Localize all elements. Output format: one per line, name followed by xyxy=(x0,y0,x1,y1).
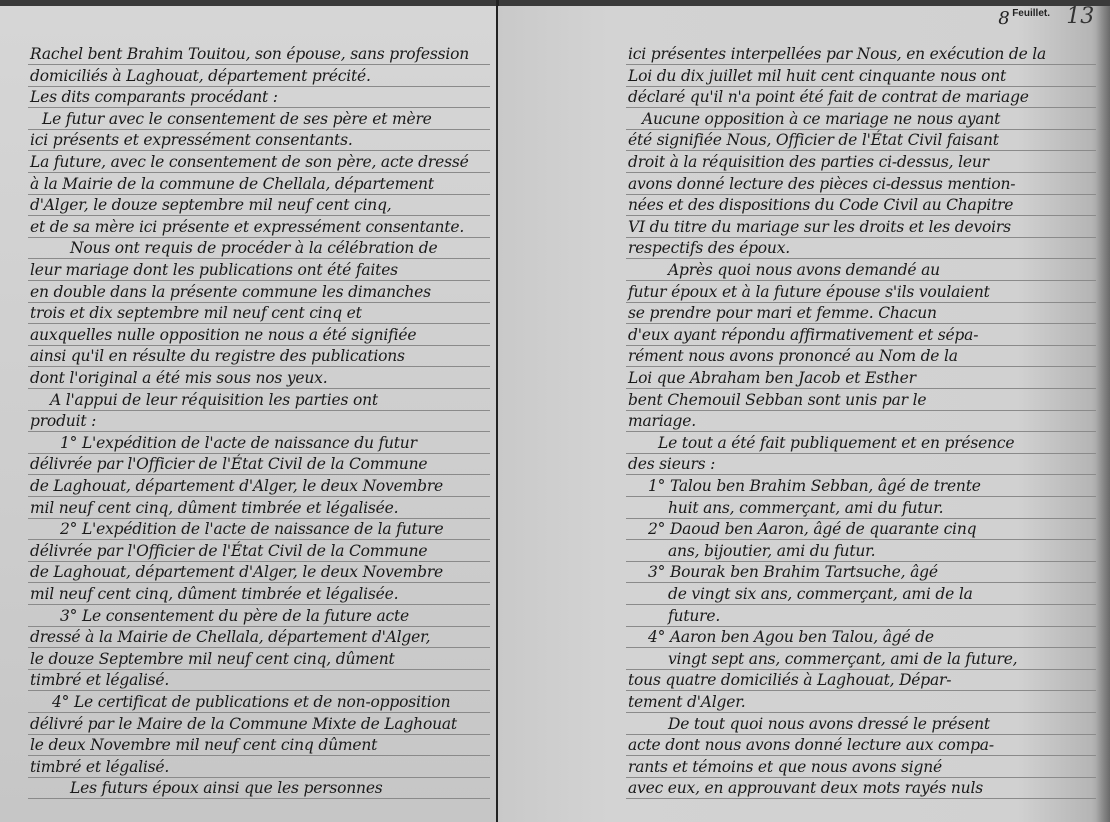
ruled-line xyxy=(626,150,1096,151)
ruled-line xyxy=(28,280,490,281)
ruled-line xyxy=(28,410,490,411)
ruled-line xyxy=(28,518,490,519)
register-spread: Rachel bent Brahim Touitou, son épouse, … xyxy=(0,0,1110,822)
handwritten-line: en double dans la présente commune les d… xyxy=(30,283,431,301)
ruled-line xyxy=(626,86,1096,87)
ruled-line xyxy=(28,582,490,583)
ruled-line xyxy=(626,626,1096,627)
ruled-line xyxy=(28,712,490,713)
handwritten-line: nées et des dispositions du Code Civil a… xyxy=(628,196,1013,214)
handwritten-line: respectifs des époux. xyxy=(628,239,790,257)
handwritten-line: Le tout a été fait publiquement et en pr… xyxy=(658,434,1014,452)
handwritten-line: d'Alger, le douze septembre mil neuf cen… xyxy=(30,196,392,214)
ruled-line xyxy=(28,798,490,799)
handwritten-line: Après quoi nous avons demandé au xyxy=(668,261,940,279)
handwritten-line: de vingt six ans, commerçant, ami de la xyxy=(668,585,973,603)
handwritten-line: de Laghouat, département d'Alger, le deu… xyxy=(30,563,443,581)
ruled-line xyxy=(626,798,1096,799)
ruled-line xyxy=(28,194,490,195)
handwritten-line: d'eux ayant répondu affirmativement et s… xyxy=(628,326,978,344)
ruled-line xyxy=(28,129,490,130)
handwritten-line: futur époux et à la future épouse s'ils … xyxy=(628,283,990,301)
handwritten-line: 2° L'expédition de l'acte de naissance d… xyxy=(60,520,443,538)
handwritten-line: Aucune opposition à ce mariage ne nous a… xyxy=(642,110,1000,128)
ruled-line xyxy=(28,345,490,346)
ruled-line xyxy=(28,86,490,87)
right-page-lines: ici présentes interpellées par Nous, en … xyxy=(498,6,1110,822)
left-page-lines: Rachel bent Brahim Touitou, son épouse, … xyxy=(0,6,496,822)
handwritten-line: Loi du dix juillet mil huit cent cinquan… xyxy=(628,67,1006,85)
ruled-line xyxy=(28,539,490,540)
handwritten-line: avons donné lecture des pièces ci-dessus… xyxy=(628,175,1015,193)
ruled-line xyxy=(28,388,490,389)
ruled-line xyxy=(28,561,490,562)
ruled-line xyxy=(626,496,1096,497)
handwritten-line: Rachel bent Brahim Touitou, son épouse, … xyxy=(30,45,469,63)
ruled-line xyxy=(626,453,1096,454)
ruled-line xyxy=(28,107,490,108)
ruled-line xyxy=(626,129,1096,130)
ruled-line xyxy=(28,323,490,324)
ruled-line xyxy=(28,258,490,259)
handwritten-line: tement d'Alger. xyxy=(628,693,745,711)
handwritten-line: droit à la réquisition des parties ci-de… xyxy=(628,153,989,171)
ruled-line xyxy=(626,388,1096,389)
handwritten-line: 1° L'expédition de l'acte de naissance d… xyxy=(60,434,417,452)
handwritten-line: rément nous avons prononcé au Nom de la xyxy=(628,347,958,365)
handwritten-line: produit : xyxy=(30,412,96,430)
handwritten-line: et de sa mère ici présente et expresséme… xyxy=(30,218,464,236)
ruled-line xyxy=(626,777,1096,778)
page-edge-shadow xyxy=(1096,6,1110,822)
ruled-line xyxy=(28,302,490,303)
handwritten-line: tous quatre domiciliés à Laghouat, Dépar… xyxy=(628,671,951,689)
left-page: Rachel bent Brahim Touitou, son épouse, … xyxy=(0,6,498,822)
ruled-line xyxy=(626,690,1096,691)
handwritten-line: dont l'original a été mis sous nos yeux. xyxy=(30,369,327,387)
right-page: 8 Feuillet. 13 ici présentes interpellée… xyxy=(498,6,1110,822)
handwritten-line: 1° Talou ben Brahim Sebban, âgé de trent… xyxy=(648,477,981,495)
handwritten-line: ici présentes interpellées par Nous, en … xyxy=(628,45,1046,63)
ruled-line xyxy=(28,496,490,497)
ruled-line xyxy=(626,323,1096,324)
handwritten-line: De tout quoi nous avons dressé le présen… xyxy=(668,715,990,733)
handwritten-line: mil neuf cent cinq, dûment timbrée et lé… xyxy=(30,499,398,517)
ruled-line xyxy=(28,172,490,173)
ruled-line xyxy=(626,64,1096,65)
ruled-line xyxy=(626,561,1096,562)
ruled-line xyxy=(28,647,490,648)
ruled-line xyxy=(28,690,490,691)
handwritten-line: timbré et légalisé. xyxy=(30,671,169,689)
ruled-line xyxy=(626,734,1096,735)
handwritten-line: se prendre pour mari et femme. Chacun xyxy=(628,304,937,322)
ruled-line xyxy=(28,453,490,454)
handwritten-line: délivré par le Maire de la Commune Mixte… xyxy=(30,715,457,733)
handwritten-line: VI du titre du mariage sur les droits et… xyxy=(628,218,1011,236)
handwritten-line: à la Mairie de la commune de Chellala, d… xyxy=(30,175,434,193)
handwritten-line: des sieurs : xyxy=(628,455,715,473)
ruled-line xyxy=(626,669,1096,670)
ruled-line xyxy=(28,755,490,756)
handwritten-line: délivrée par l'Officier de l'État Civil … xyxy=(30,455,427,473)
ruled-line xyxy=(626,410,1096,411)
ruled-line xyxy=(626,604,1096,605)
ruled-line xyxy=(28,215,490,216)
handwritten-line: 3° Bourak ben Brahim Tartsuche, âgé xyxy=(648,563,938,581)
handwritten-line: timbré et légalisé. xyxy=(30,758,169,776)
handwritten-line: dressé à la Mairie de Chellala, départem… xyxy=(30,628,430,646)
handwritten-line: domiciliés à Laghouat, département préci… xyxy=(30,67,371,85)
ruled-line xyxy=(626,302,1096,303)
handwritten-line: acte dont nous avons donné lecture aux c… xyxy=(628,736,994,754)
handwritten-line: 4° Le certificat de publications et de n… xyxy=(52,693,450,711)
ruled-line xyxy=(28,626,490,627)
ruled-line xyxy=(28,237,490,238)
ruled-line xyxy=(626,582,1096,583)
ruled-line xyxy=(28,474,490,475)
handwritten-line: de Laghouat, département d'Alger, le deu… xyxy=(30,477,443,495)
ruled-line xyxy=(626,647,1096,648)
handwritten-line: rants et témoins et que nous avons signé xyxy=(628,758,942,776)
handwritten-line: Les dits comparants procédant : xyxy=(30,88,278,106)
ruled-line xyxy=(28,64,490,65)
handwritten-line: 3° Le consentement du père de la future … xyxy=(60,607,409,625)
handwritten-line: auxquelles nulle opposition ne nous a ét… xyxy=(30,326,416,344)
handwritten-line: Loi que Abraham ben Jacob et Esther xyxy=(628,369,916,387)
ruled-line xyxy=(626,366,1096,367)
ruled-line xyxy=(626,107,1096,108)
handwritten-line: Nous ont requis de procéder à la célébra… xyxy=(70,239,438,257)
ruled-line xyxy=(626,258,1096,259)
ruled-line xyxy=(626,172,1096,173)
handwritten-line: ainsi qu'il en résulte du registre des p… xyxy=(30,347,405,365)
ruled-line xyxy=(626,474,1096,475)
ruled-line xyxy=(626,237,1096,238)
ruled-line xyxy=(626,755,1096,756)
handwritten-line: Les futurs époux ainsi que les personnes xyxy=(70,779,383,797)
handwritten-line: délivrée par l'Officier de l'État Civil … xyxy=(30,542,427,560)
handwritten-line: le douze Septembre mil neuf cent cinq, d… xyxy=(30,650,395,668)
ruled-line xyxy=(28,366,490,367)
handwritten-line: future. xyxy=(668,607,720,625)
handwritten-line: ici présents et expressément consentants… xyxy=(30,131,353,149)
handwritten-line: leur mariage dont les publications ont é… xyxy=(30,261,398,279)
handwritten-line: déclaré qu'il n'a point été fait de cont… xyxy=(628,88,1029,106)
ruled-line xyxy=(28,150,490,151)
handwritten-line: huit ans, commerçant, ami du futur. xyxy=(668,499,943,517)
handwritten-line: La future, avec le consentement de son p… xyxy=(30,153,469,171)
ruled-line xyxy=(28,669,490,670)
handwritten-line: été signifiée Nous, Officier de l'État C… xyxy=(628,131,999,149)
handwritten-line: A l'appui de leur réquisition les partie… xyxy=(50,391,378,409)
handwritten-line: le deux Novembre mil neuf cent cinq dûme… xyxy=(30,736,377,754)
ruled-line xyxy=(626,712,1096,713)
handwritten-line: ans, bijoutier, ami du futur. xyxy=(668,542,875,560)
ruled-line xyxy=(28,604,490,605)
ruled-line xyxy=(626,215,1096,216)
handwritten-line: mariage. xyxy=(628,412,696,430)
ruled-line xyxy=(28,734,490,735)
handwritten-line: vingt sept ans, commerçant, ami de la fu… xyxy=(668,650,1017,668)
ruled-line xyxy=(28,431,490,432)
handwritten-line: Le futur avec le consentement de ses pèr… xyxy=(42,110,432,128)
handwritten-line: mil neuf cent cinq, dûment timbrée et lé… xyxy=(30,585,398,603)
handwritten-line: trois et dix septembre mil neuf cent cin… xyxy=(30,304,362,322)
ruled-line xyxy=(626,194,1096,195)
ruled-line xyxy=(626,518,1096,519)
handwritten-line: bent Chemouil Sebban sont unis par le xyxy=(628,391,926,409)
ruled-line xyxy=(626,280,1096,281)
ruled-line xyxy=(28,777,490,778)
handwritten-line: 4° Aaron ben Agou ben Talou, âgé de xyxy=(648,628,934,646)
ruled-line xyxy=(626,431,1096,432)
handwritten-line: 2° Daoud ben Aaron, âgé de quarante cinq xyxy=(648,520,976,538)
ruled-line xyxy=(626,539,1096,540)
handwritten-line: avec eux, en approuvant deux mots rayés … xyxy=(628,779,983,797)
ruled-line xyxy=(626,345,1096,346)
